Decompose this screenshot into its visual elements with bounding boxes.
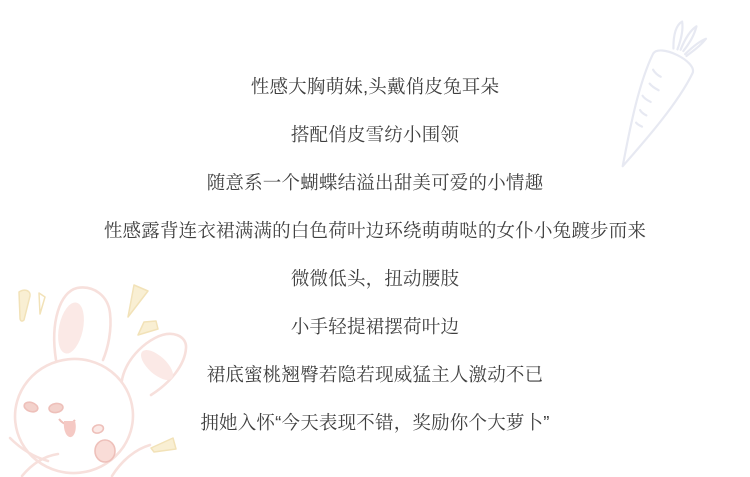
story-line-8: 拥她入怀“今天表现不错，奖励你个大萝卜” [200, 399, 549, 447]
page: { "page": { "background_color": "#ffffff… [0, 0, 750, 477]
story-line-6: 小手轻提裙摆荷叶边 [291, 303, 459, 351]
story-line-1: 性感大胸萌妹,头戴俏皮兔耳朵 [251, 63, 499, 111]
story-text: 性感大胸萌妹,头戴俏皮兔耳朵 搭配俏皮雪纺小围领 随意系一个蝴蝶结溢出甜美可爱的… [0, 0, 750, 447]
story-line-5: 微微低头，扭动腰肢 [291, 255, 459, 303]
story-line-2: 搭配俏皮雪纺小围领 [291, 111, 459, 159]
story-line-3: 随意系一个蝴蝶结溢出甜美可爱的小情趣 [207, 159, 544, 207]
story-line-4: 性感露背连衣裙满满的白色荷叶边环绕萌萌哒的女仆小兔踱步而来 [104, 207, 646, 255]
story-line-7: 裙底蜜桃翘臀若隐若现威猛主人激动不已 [207, 351, 544, 399]
